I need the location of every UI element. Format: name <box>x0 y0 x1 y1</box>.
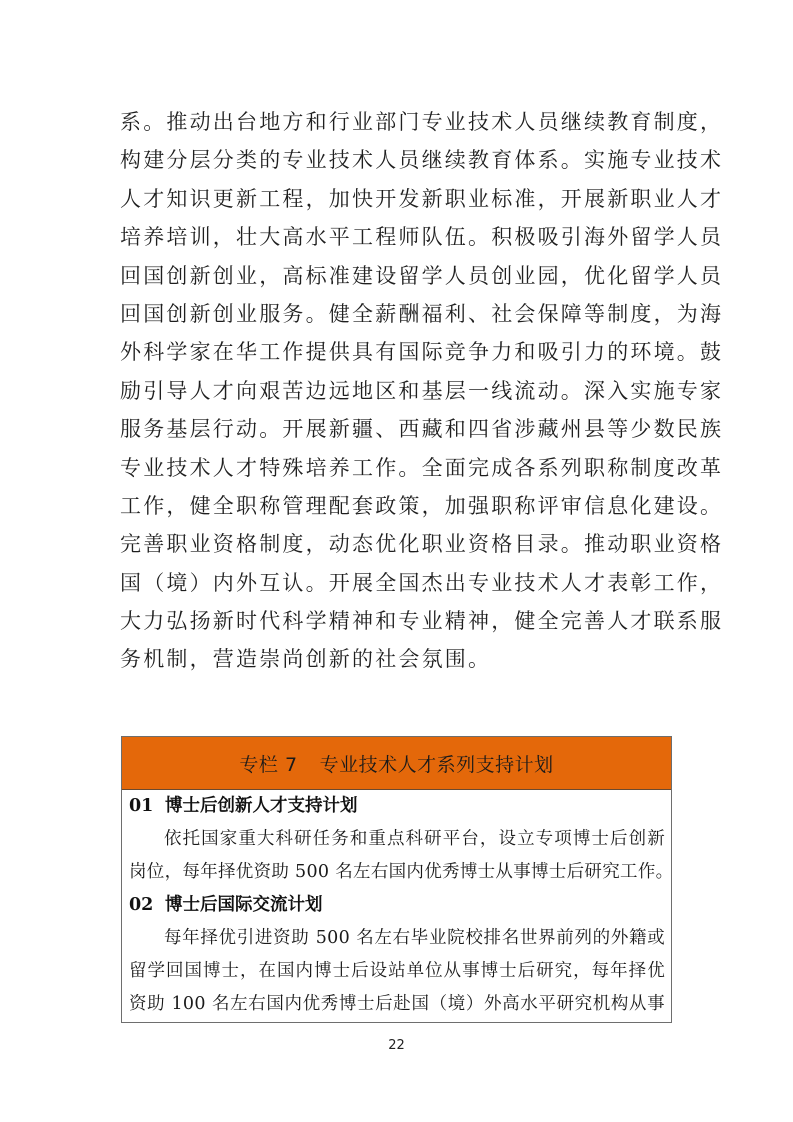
item-line: 依托国家重大科研任务和重点科研平台，设立专项博士后创新 <box>129 823 665 856</box>
body-line: 外科学家在华工作提供具有国际竞争力和吸引力的环境。鼓 <box>120 333 680 371</box>
body-line: 服务基层行动。开展新疆、西藏和四省涉藏州县等少数民族 <box>120 410 680 448</box>
item-line: 每年择优引进资助 500 名左右毕业院校排名世界前列的外籍或 <box>129 922 665 955</box>
box-item-heading: 01博士后创新人才支持计划 <box>129 790 665 823</box>
box-content: 01博士后创新人才支持计划 依托国家重大科研任务和重点科研平台，设立专项博士后创… <box>122 790 671 1021</box>
body-line: 回国创新创业服务。健全薪酬福利、社会保障等制度，为海 <box>120 295 680 333</box>
item-title: 博士后创新人才支持计划 <box>165 796 358 816</box>
body-line: 系。推动出台地方和行业部门专业技术人员继续教育制度， <box>120 103 680 141</box>
body-line: 回国创新创业，高标准建设留学人员创业园，优化留学人员 <box>120 257 680 295</box>
body-line: 人才知识更新工程，加快开发新职业标准，开展新职业人才 <box>120 180 680 218</box>
feature-box: 专栏 7 专业技术人才系列支持计划 01博士后创新人才支持计划 依托国家重大科研… <box>121 736 672 1023</box>
box-item-heading: 02博士后国际交流计划 <box>129 889 665 922</box>
item-line: 岗位，每年择优资助 500 名左右国内优秀博士从事博士后研究工作。 <box>129 856 665 889</box>
body-line: 专业技术人才特殊培养工作。全面完成各系列职称制度改革 <box>120 449 680 487</box>
item-number: 02 <box>129 889 165 922</box>
page-number: 22 <box>0 1038 793 1053</box>
body-line: 大力弘扬新时代科学精神和专业精神，健全完善人才联系服 <box>120 602 680 640</box>
body-line: 培养培训，壮大高水平工程师队伍。积极吸引海外留学人员 <box>120 218 680 256</box>
item-line: 资助 100 名左右国内优秀博士后赴国（境）外高水平研究机构从事 <box>129 988 665 1021</box>
body-line: 构建分层分类的专业技术人员继续教育体系。实施专业技术 <box>120 141 680 179</box>
body-line: 工作，健全职称管理配套政策，加强职称评审信息化建设。 <box>120 487 680 525</box>
box-header: 专栏 7 专业技术人才系列支持计划 <box>122 737 671 790</box>
body-line: 励引导人才向艰苦边远地区和基层一线流动。深入实施专家 <box>120 372 680 410</box>
item-line: 留学回国博士，在国内博士后设站单位从事博士后研究，每年择优 <box>129 955 665 988</box>
body-line: 务机制，营造崇尚创新的社会氛围。 <box>120 640 680 678</box>
item-number: 01 <box>129 790 165 823</box>
item-title: 博士后国际交流计划 <box>165 895 323 915</box>
box-title: 专业技术人才系列支持计划 <box>320 750 554 777</box>
box-column-label: 专栏 7 <box>239 750 297 777</box>
body-line: 国（境）内外互认。开展全国杰出专业技术人才表彰工作， <box>120 564 680 602</box>
document-page: 系。推动出台地方和行业部门专业技术人员继续教育制度， 构建分层分类的专业技术人员… <box>0 0 793 1122</box>
body-paragraph: 系。推动出台地方和行业部门专业技术人员继续教育制度， 构建分层分类的专业技术人员… <box>120 103 680 679</box>
body-line: 完善职业资格制度，动态优化职业资格目录。推动职业资格 <box>120 525 680 563</box>
